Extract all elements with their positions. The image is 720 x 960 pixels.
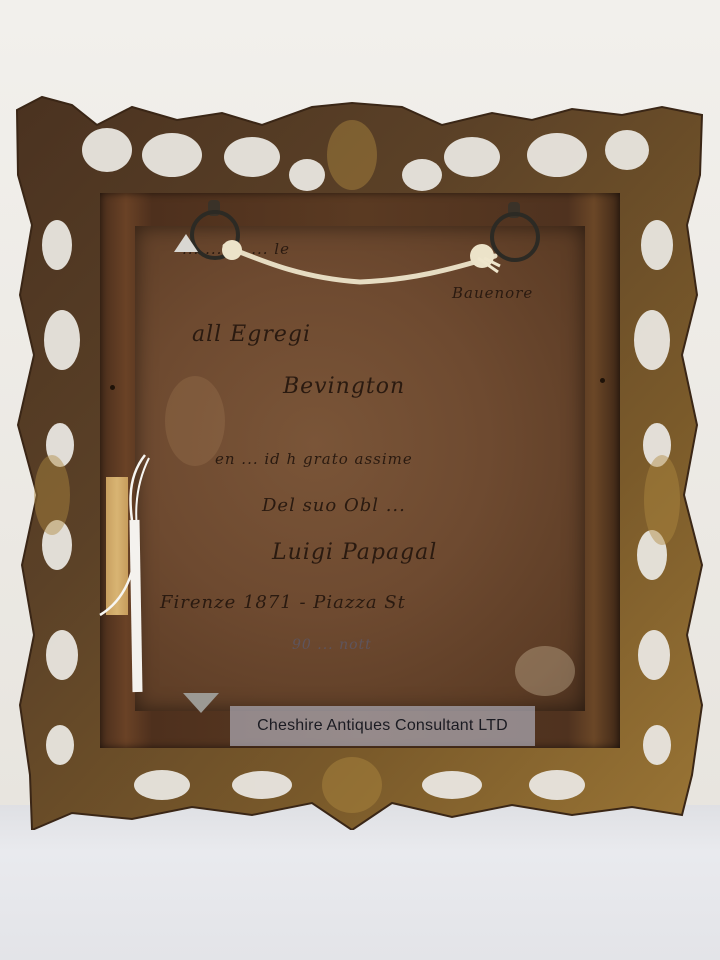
nail-hole <box>600 378 605 383</box>
pencil-note: 90 ... nott <box>292 637 372 653</box>
turnbutton-clip <box>183 693 219 713</box>
stain <box>515 646 575 696</box>
hanging-cord[interactable] <box>0 0 720 300</box>
watermark-text: Cheshire Antiques Consultant LTD <box>257 717 508 735</box>
inscription-line: en ... id h grato assime <box>215 450 413 468</box>
tag-string <box>95 450 155 630</box>
inscription-line: all Egregi <box>192 322 311 347</box>
nail-hole <box>110 385 115 390</box>
inscription-line: Luigi Papagal <box>272 540 437 565</box>
metal-clip-top <box>174 234 198 252</box>
inscription-line: Firenze 1871 - Piazza St <box>160 592 406 613</box>
watermark-banner: Cheshire Antiques Consultant LTD <box>230 706 535 746</box>
inscription-line: Del suo Obl ... <box>262 495 406 516</box>
inscription-line: Bevington <box>283 374 405 399</box>
